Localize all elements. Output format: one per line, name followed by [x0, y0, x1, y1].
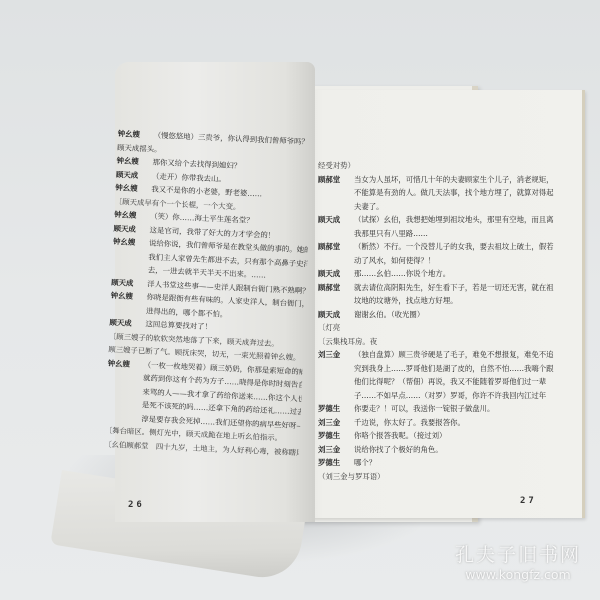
script-line: 刘三金说给你找了个极好的角色。 — [318, 444, 583, 458]
script-line: 他们比得呢？（帮佃）再说，我又不能随着罗哥他们过一辈 — [318, 376, 583, 390]
speaker-name: 顾天成 — [318, 268, 348, 282]
line-text: 〔灯亮 — [318, 322, 340, 336]
speaker-name: 钟幺嫂 — [117, 128, 148, 143]
script-line: 顾天成谢谢幺伯。（收光圈） — [318, 309, 583, 323]
speaker-name: 罗德生 — [318, 430, 348, 444]
line-text: 坟地的坟塘外，找点地方好埋。 — [354, 295, 457, 309]
line-text: 你要走？！可以，我送你一锭银子做盘川。 — [354, 403, 494, 417]
speaker-name: 顾天成 — [113, 222, 144, 237]
line-text: 子……不如早点……（对罗）罗哥，你许不许我回内江过年 — [354, 390, 546, 404]
script-line: 夫妻了。 — [318, 201, 583, 215]
line-text: 〔云集栈耳房。夜 — [318, 336, 377, 350]
script-line: 罗德生你要走？！可以，我送你一锭银子做盘川。 — [318, 403, 583, 417]
line-text: 夫妻了。 — [354, 201, 384, 215]
watermark-name: 孔夫子旧书网 — [455, 540, 581, 567]
line-text: 动了风水，如何使得？！ — [354, 255, 435, 269]
script-line: 〔云集栈耳房。夜 — [318, 336, 583, 350]
script-line: 顾天成那……幺伯……你说个地方。 — [318, 268, 583, 282]
script-line: 顾郝堂当女为人虽坏，可惜几十年的夫妻顾家生个儿子，消老规矩， — [318, 174, 583, 188]
line-text: 不能算是有劲的人。做几天法事，找个地方埋了，就算对得起 — [354, 187, 554, 201]
script-line: 罗德生你咯个报答我呢。（接过刘） — [318, 430, 583, 444]
line-text: 谢谢幺伯。（收光圈） — [354, 309, 424, 323]
speaker-name: 刘三金 — [318, 417, 348, 431]
speaker-name: 钟幺嫂 — [110, 290, 141, 305]
script-line: 我那里只有八里路…… — [318, 228, 583, 242]
script-line: 子……不如早点……（对罗）罗哥，你许不许我回内江过年 — [318, 390, 583, 404]
speaker-name: 顾天成 — [109, 317, 140, 332]
speaker-name: 顾天成 — [318, 309, 348, 323]
line-text: 经受对势） — [318, 160, 355, 174]
script-line: 刘三金（独自盘算）顾三贵爷硬是了毛子，难免不想报复，难免不追 — [318, 349, 583, 363]
script-line: 〔灯亮 — [318, 322, 583, 336]
script-line: 刘三金千边说，你太好了。我要报答你。 — [318, 417, 583, 431]
script-line: 坟地的坟塘外，找点地方好埋。 — [318, 295, 583, 309]
speaker-name: 钟幺嫂 — [115, 182, 146, 197]
speaker-name: 顾郝堂 — [318, 241, 348, 255]
script-line: 动了风水，如何使得？！ — [318, 255, 583, 269]
speaker-name: 罗德生 — [318, 403, 348, 417]
line-text: 就去请位高阴阳先生，好生看下子，若是一切还无害，就在祖 — [354, 282, 554, 296]
left-page-number: 26 — [128, 500, 145, 510]
speaker-name: 顾天成 — [111, 276, 142, 291]
line-text: 当女为人虽坏，可惜几十年的夫妻顾家生个儿子，消老规矩， — [354, 174, 554, 188]
watermark-url: www.kongfz.com — [455, 567, 581, 582]
speaker-name: 刘三金 — [318, 349, 348, 363]
speaker-name: 顾天成 — [116, 168, 147, 183]
script-line: 罗德生哪个？ — [318, 457, 583, 471]
script-line: 不能算是有劲的人。做几天法事，找个地方埋了，就算对得起 — [318, 187, 583, 201]
script-line: 顾天成（试探）幺伯，我想把她埋到祖坟地头，那里有空地，而且离 — [318, 214, 583, 228]
line-text: （试探）幺伯，我想把她埋到祖坟地头，那里有空地，而且离 — [354, 214, 554, 228]
line-text: 千边说，你太好了。我要报答你。 — [354, 417, 465, 431]
line-text: 那……幺伯……你说个地方。 — [354, 268, 450, 282]
speaker-name: 钟幺嫂 — [113, 236, 144, 251]
speaker-name: 顾天成 — [318, 214, 348, 228]
speaker-name: 钟幺嫂 — [116, 155, 147, 170]
line-text: 你咯个报答我呢。（接过刘） — [354, 430, 446, 444]
speaker-name: 罗德生 — [318, 457, 348, 471]
speaker-name: 顾郝堂 — [318, 282, 348, 296]
line-text: 他们比得呢？（帮佃）再说，我又不能随着罗哥他们过一辈 — [354, 376, 546, 390]
speaker-name: 钟幺嫂 — [114, 209, 145, 224]
right-page-text: 经受对势）顾郝堂当女为人虽坏，可惜几十年的夫妻顾家生个儿子，消老规矩，不能算是有… — [318, 160, 583, 484]
speaker-name: 钟幺嫂 — [107, 357, 138, 372]
script-line: 顾郝堂（断然）不行。一个没替儿子的女我，要去祖坟上破土，假若 — [318, 241, 583, 255]
line-text: 我那里只有八里路…… — [354, 228, 428, 242]
line-text: （刘三金与罗耳语） — [318, 471, 385, 485]
speaker-name: 刘三金 — [318, 444, 348, 458]
line-text: （独自盘算）顾三贵爷硬是了毛子，难免不想报复，难免不追 — [354, 349, 554, 363]
line-text: （断然）不行。一个没替儿子的女我，要去祖坟上破土，假若 — [354, 241, 554, 255]
line-text: 哪个？ — [354, 457, 376, 471]
speaker-name: 顾郝堂 — [318, 174, 348, 188]
left-page-text: 钟幺嫂（慢悠悠地）三贵爷，你认得到我们曾师爷吗？顾天成摇头。钟幺嫂那你又给个去找… — [104, 128, 313, 460]
script-line: 顾郝堂就去请位高阴阳先生，好生看下子，若是一切还无害，就在祖 — [318, 282, 583, 296]
right-page-number: 27 — [520, 496, 537, 506]
script-line: 究到我身上……罗哥他们是湖了皮的，自然不怕……我嗨个跟 — [318, 363, 583, 377]
line-text: 究到我身上……罗哥他们是湖了皮的，自然不怕……我嗨个跟 — [354, 363, 554, 377]
script-line: （刘三金与罗耳语） — [318, 471, 583, 485]
line-text: 说给你找了个极好的角色。 — [354, 444, 443, 458]
script-line: 经受对势） — [318, 160, 583, 174]
watermark: 孔夫子旧书网 www.kongfz.com — [455, 540, 581, 582]
